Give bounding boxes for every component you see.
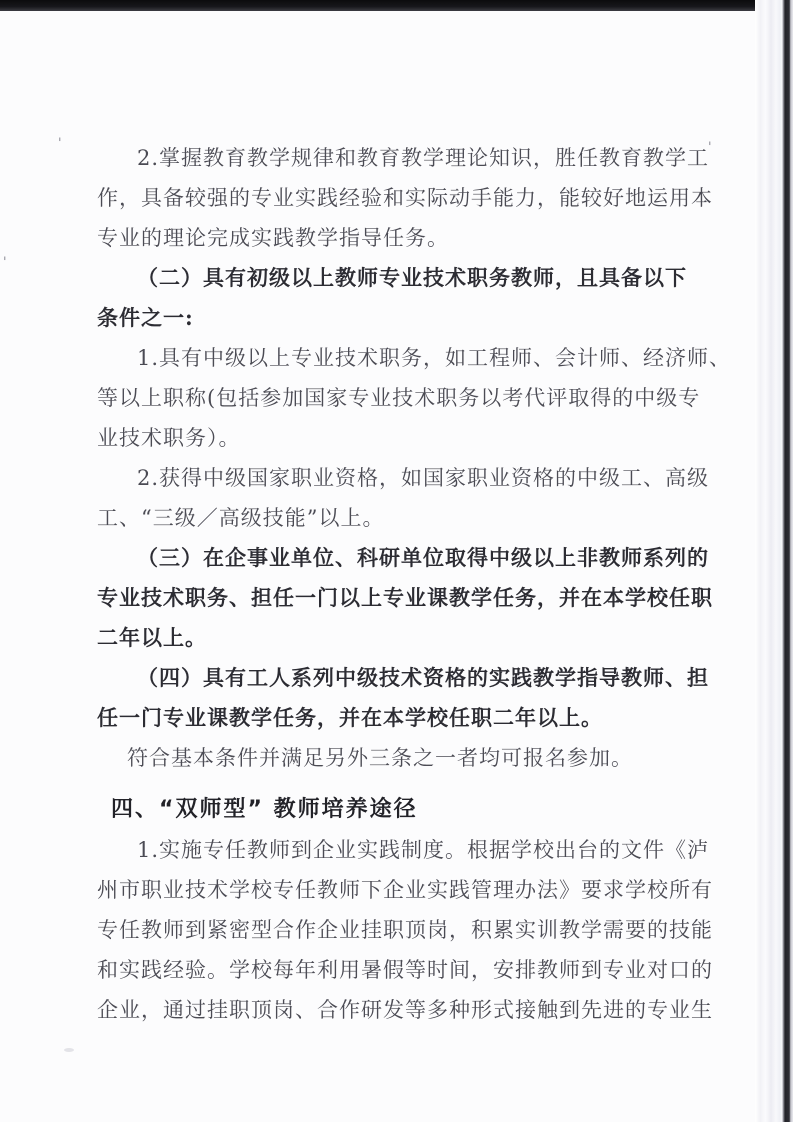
scan-smudge	[64, 1048, 74, 1052]
scanned-page: 2.掌握教育教学规律和教育教学理论知识，胜任教育教学工作，具备较强的专业实践经验…	[0, 0, 793, 1122]
text-line: 条件之一:	[97, 300, 737, 340]
scan-speck: '	[58, 136, 62, 151]
text-line: 1.具有中级以上专业技术职务，如工程师、会计师、经济师、	[97, 340, 737, 380]
text-line: （三）在企事业单位、科研单位取得中级以上非教师系列的	[97, 540, 737, 580]
text-line: 1.实施专任教师到企业实践制度。根据学校出台的文件《泸	[97, 832, 737, 872]
text-line: 和实践经验。学校每年利用暑假等时间，安排教师到专业对口的	[97, 952, 737, 992]
text-line: 2.掌握教育教学规律和教育教学理论知识，胜任教育教学工	[97, 140, 737, 180]
text-line: 专业技术职务、担任一门以上专业课教学任务，并在本学校任职	[97, 580, 737, 620]
text-line: 等以上职称(包括参加国家专业技术职务以考代评取得的中级专	[97, 380, 737, 420]
text-line: 符合基本条件并满足另外三条之一者均可报名参加。	[97, 740, 737, 780]
scan-speck: '	[3, 255, 7, 270]
section-heading: 四、“双师型” 教师培养途径	[97, 792, 737, 832]
text-line: 专业的理论完成实践教学指导任务。	[97, 220, 737, 260]
text-line: 工、“三级／高级技能”以上。	[97, 500, 737, 540]
text-line: 二年以上。	[97, 620, 737, 660]
scan-artifact-top-bar	[0, 0, 772, 11]
text-line: （二）具有初级以上教师专业技术职务教师，且具备以下	[97, 260, 737, 300]
text-line: 作，具备较强的专业实践经验和实际动手能力，能较好地运用本	[97, 180, 737, 220]
text-line: 企业，通过挂职顶岗、合作研发等多种形式接触到先进的专业生	[97, 992, 737, 1032]
text-line: 州市职业技术学校专任教师下企业实践管理办法》要求学校所有	[97, 872, 737, 912]
text-line: 任一门专业课教学任务，并在本学校任职二年以上。	[97, 700, 737, 740]
scan-artifact-page-edge	[755, 0, 793, 1122]
text-line: 2.获得中级国家职业资格，如国家职业资格的中级工、高级	[97, 460, 737, 500]
text-line: （四）具有工人系列中级技术资格的实践教学指导教师、担	[97, 660, 737, 700]
scan-speck: '	[708, 140, 712, 155]
text-line: 专任教师到紧密型合作企业挂职顶岗，积累实训教学需要的技能	[97, 912, 737, 952]
text-line: 业技术职务）。	[97, 420, 737, 460]
document-body: 2.掌握教育教学规律和教育教学理论知识，胜任教育教学工作，具备较强的专业实践经验…	[97, 140, 737, 1032]
